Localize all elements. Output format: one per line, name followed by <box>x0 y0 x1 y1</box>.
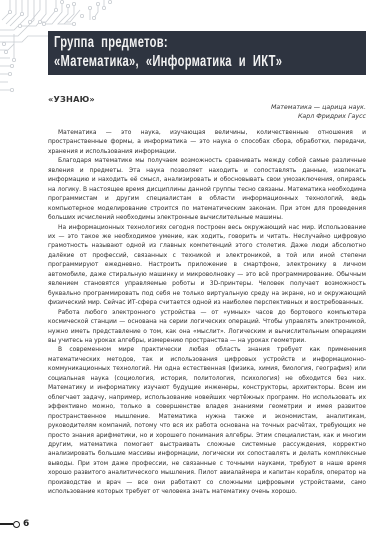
paragraph: Благодаря математике мы получаем возможн… <box>48 156 366 222</box>
page-number: 6 <box>0 518 29 530</box>
section-label: «УЗНАЮ» <box>48 94 95 104</box>
epigraph: Математика — царица наук. Карл Фридрих Г… <box>271 103 366 122</box>
paragraph: На информационных технологиях сегодня по… <box>48 223 366 308</box>
page-marker-line <box>0 523 13 525</box>
body-text: Математика — это наука, изучающая величи… <box>48 128 366 497</box>
page-title-line-1: Группа предметов: <box>54 34 279 53</box>
epigraph-quote: Математика — царица наук. <box>271 103 366 112</box>
paragraph: В современном мире практически любая обл… <box>48 345 366 496</box>
page-number-value: 6 <box>23 519 29 529</box>
page-marker-circle-icon <box>13 521 20 528</box>
page-title-banner: Группа предметов: «Математика», «Информа… <box>48 31 366 75</box>
page-title-line-2: «Математика», «Информатика и ИКТ» <box>54 53 279 72</box>
paragraph: Математика — это наука, изучающая величи… <box>48 128 366 156</box>
paragraph: Работа любого электронного устройства — … <box>48 308 366 346</box>
epigraph-author: Карл Фридрих Гаусс <box>271 112 366 121</box>
